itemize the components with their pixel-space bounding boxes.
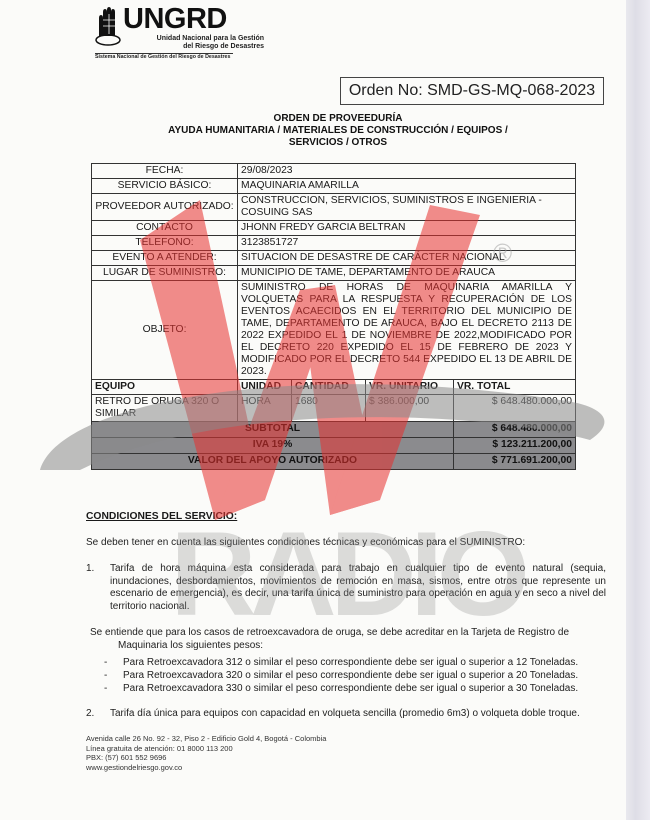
info-label: FECHA: [92, 164, 238, 179]
brand-name: UNGRD [123, 3, 227, 36]
info-value: MUNICIPIO DE TAME, DEPARTAMENTO DE ARAUC… [238, 266, 576, 281]
total-row: VALOR DEL APOYO AUTORIZADO $ 771.691.200… [92, 454, 576, 470]
footer-hotline: Línea gratuita de atención: 01 8000 113 … [86, 744, 326, 754]
info-label: TELEFONO: [92, 236, 238, 251]
bullet-dash: - [104, 670, 107, 681]
iva-row: IVA 19% $ 123.211.200,00 [92, 438, 576, 454]
info-row-proveedor: PROVEEDOR AUTORIZADO: CONSTRUCCION, SERV… [92, 194, 576, 221]
total-label: VALOR DEL APOYO AUTORIZADO [92, 454, 454, 470]
weight-item: Para Retroexcavadora 312 o similar el pe… [123, 657, 578, 668]
conditions-intro: Se deben tener en cuenta las siguientes … [86, 537, 606, 550]
info-value: JHONN FREDY GARCIA BELTRAN [238, 221, 576, 236]
footer-address: Avenida calle 26 No. 92 - 32, Piso 2 - E… [86, 734, 326, 744]
info-row-objeto: OBJETO: SUMINISTRO DE HORAS DE MAQUINARI… [92, 281, 576, 380]
iva-label: IVA 19% [92, 438, 454, 454]
info-label: LUGAR DE SUMINISTRO: [92, 266, 238, 281]
title-line1: ORDEN DE PROVEEDURÍA [100, 113, 576, 125]
brand-subtitle-line1: Unidad Nacional para la Gestión [157, 35, 264, 42]
column-header: VR. TOTAL [454, 380, 576, 395]
info-label: EVENTO A ATENDER: [92, 251, 238, 266]
info-row-evento: EVENTO A ATENDER: SITUACION DE DESASTRE … [92, 251, 576, 266]
order-number: Orden No: SMD-GS-MQ-068-2023 [340, 77, 604, 105]
bullet-dash: - [104, 657, 107, 668]
cell-unidad: HORA [238, 395, 292, 422]
info-value: 29/08/2023 [238, 164, 576, 179]
info-label: PROVEEDOR AUTORIZADO: [92, 194, 238, 221]
info-row-telefono: TELEFONO: 3123851727 [92, 236, 576, 251]
iva-value: $ 123.211.200,00 [454, 438, 576, 454]
items-header-row: EQUIPO UNIDAD CANTIDAD VR. UNITARIO VR. … [92, 380, 576, 395]
item-number: 1. [86, 563, 94, 576]
cell-vr-total: $ 648.480.000,00 [454, 395, 576, 422]
brand-subtitle-line2: del Riesgo de Desastres [183, 43, 264, 50]
subtotal-value: $ 648.480.000,00 [454, 422, 576, 438]
conditions-title: CONDICIONES DEL SERVICIO: [86, 511, 237, 522]
footer-website[interactable]: www.gestiondelriesgo.gov.co [86, 763, 326, 773]
title-line2: AYUDA HUMANITARIA / MATERIALES DE CONSTR… [100, 125, 576, 137]
info-row-fecha: FECHA: 29/08/2023 [92, 164, 576, 179]
info-value: MAQUINARIA AMARILLA [238, 179, 576, 194]
column-header: EQUIPO [92, 380, 238, 395]
item-number: 2. [86, 708, 94, 721]
subtotal-label: SUBTOTAL [92, 422, 454, 438]
footer-contact: Avenida calle 26 No. 92 - 32, Piso 2 - E… [86, 734, 326, 772]
document-page: UNGRD Unidad Nacional para la Gestión de… [0, 0, 626, 820]
column-header: UNIDAD [238, 380, 292, 395]
cell-equipo: RETRO DE ORUGA 320 O SIMILAR [92, 395, 238, 422]
weights-note-line1: Se entiende que para los casos de retroe… [90, 627, 569, 638]
bullet-dash: - [104, 683, 107, 694]
ungrd-logo: UNGRD Unidad Nacional para la Gestión de… [95, 4, 235, 56]
cell-cantidad: 1680 [292, 395, 366, 422]
document-title: ORDEN DE PROVEEDURÍA AYUDA HUMANITARIA /… [100, 113, 576, 149]
condition-item-2: Tarifa día única para equipos con capaci… [110, 708, 606, 721]
info-row-contacto: CONTACTO JHONN FREDY GARCIA BELTRAN [92, 221, 576, 236]
title-line3: SERVICIOS / OTROS [100, 137, 576, 149]
weight-item: Para Retroexcavadora 330 o similar el pe… [123, 683, 578, 694]
column-header: VR. UNITARIO [366, 380, 454, 395]
total-value: $ 771.691.200,00 [454, 454, 576, 470]
column-header: CANTIDAD [292, 380, 366, 395]
subtotal-row: SUBTOTAL $ 648.480.000,00 [92, 422, 576, 438]
info-value: 3123851727 [238, 236, 576, 251]
weights-note: Se entiende que para los casos de retroe… [90, 627, 606, 652]
info-value: SUMINISTRO DE HORAS DE MAQUINARIA AMARIL… [238, 281, 576, 380]
info-value: CONSTRUCCION, SERVICIOS, SUMINISTROS E I… [238, 194, 576, 221]
weights-note-line2: Maquinaria los siguientes pesos: [90, 640, 606, 653]
hand-emblem-icon [95, 6, 121, 46]
system-name: Sistema Nacional de Gestión del Riesgo d… [95, 54, 230, 60]
info-label: SERVICIO BÁSICO: [92, 179, 238, 194]
info-label: CONTACTO [92, 221, 238, 236]
cell-vr-unitario: $ 386.000,00 [366, 395, 454, 422]
footer-pbx: PBX: (57) 601 552 9696 [86, 753, 326, 763]
page-edge-shadow [626, 0, 650, 820]
condition-item-1: Tarifa de hora máquina esta considerada … [110, 563, 606, 613]
info-label: OBJETO: [92, 281, 238, 380]
weight-item: Para Retroexcavadora 320 o similar el pe… [123, 670, 578, 681]
order-table: FECHA: 29/08/2023 SERVICIO BÁSICO: MAQUI… [91, 163, 576, 470]
brand-subtitle: Unidad Nacional para la Gestión del Ries… [144, 35, 264, 51]
info-row-lugar: LUGAR DE SUMINISTRO: MUNICIPIO DE TAME, … [92, 266, 576, 281]
info-row-servicio: SERVICIO BÁSICO: MAQUINARIA AMARILLA [92, 179, 576, 194]
info-value: SITUACION DE DESASTRE DE CARÁCTER NACION… [238, 251, 576, 266]
table-row: RETRO DE ORUGA 320 O SIMILAR HORA 1680 $… [92, 395, 576, 422]
